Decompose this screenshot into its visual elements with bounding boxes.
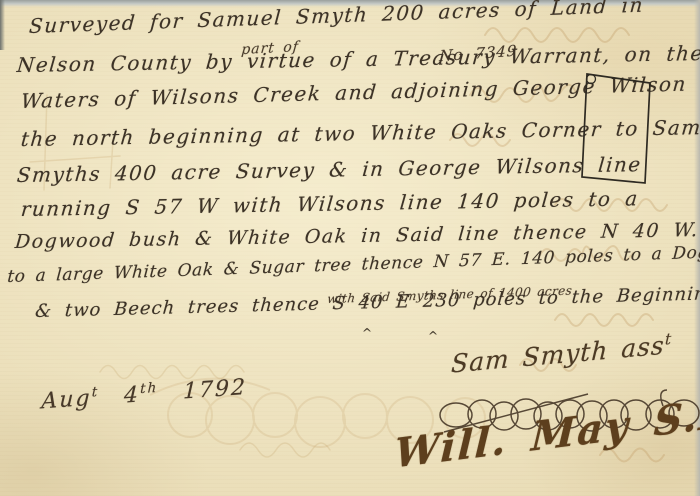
assistant-signature-superscript: t: [665, 330, 673, 349]
survey-document-page: Surveyed for Samuel Smyth 200 acres of L…: [0, 0, 700, 496]
date-day: 4: [123, 382, 140, 408]
survey-date: Augt 4th 1792: [41, 374, 247, 415]
survey-line-6: running S 57 W with Wilsons line 140 pol…: [20, 186, 640, 221]
survey-line-5: Smyths 400 acre Survey & in George Wilso…: [16, 152, 643, 187]
assistant-signature: Sam Smyth asst: [450, 330, 672, 379]
scan-edge-left: [0, 0, 5, 50]
insertion-caret: ^: [362, 326, 374, 340]
date-month-superscript: t: [91, 384, 99, 401]
surveyor-signature: Will. May S.N.C: [394, 382, 700, 477]
date-month: Aug: [41, 386, 92, 415]
survey-line-9: & two Beech trees thence S 40 E 230 pole…: [34, 283, 700, 322]
survey-line-4: the north beginning at two White Oaks Co…: [20, 115, 700, 151]
survey-line-2: Nelson County by virtue of a Treasury Wa…: [16, 41, 700, 77]
insertion-caret: ^: [428, 329, 440, 343]
survey-line-3: Waters of Wilsons Creek and adjoining Ge…: [20, 70, 700, 113]
date-year: 1792: [183, 375, 248, 405]
date-day-superscript: th: [140, 380, 159, 397]
assistant-signature-name: Sam Smyth ass: [450, 331, 665, 379]
